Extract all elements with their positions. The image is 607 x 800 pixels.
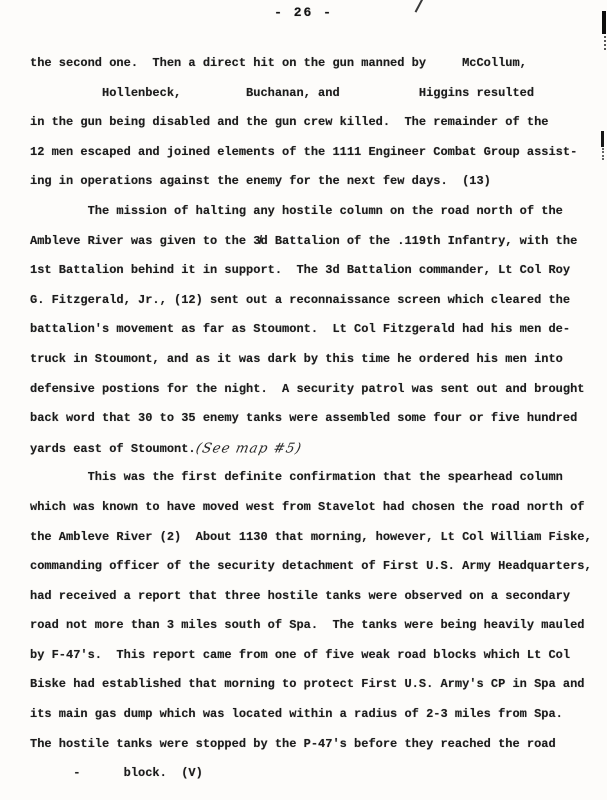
- handwritten-annotation: (See map #5): [192, 434, 304, 464]
- text-line: yards east of Stoumont.(See map #5): [30, 434, 597, 464]
- typed-text: had received a report that three hostile…: [30, 589, 570, 603]
- typed-text: by F-47's. This report came from one of …: [30, 648, 570, 662]
- typed-text: in the gun being disabled and the gun cr…: [30, 115, 548, 129]
- page-number: - 26 -: [0, 5, 607, 20]
- text-line: by F-47's. This report came from one of …: [30, 641, 597, 671]
- text-line: The mission of halting any hostile colum…: [30, 197, 597, 227]
- text-line: Hollenbeck, Buchanan, and Higgins result…: [30, 79, 597, 109]
- text-line: had received a report that three hostile…: [30, 582, 597, 612]
- typed-text: Hollenbeck, Buchanan, and Higgins result…: [30, 86, 534, 100]
- scan-artifact-edge-dots: [604, 36, 606, 50]
- text-line: The hostile tanks were stopped by the P-…: [30, 730, 597, 760]
- scan-artifact-edge-bar: [602, 11, 606, 34]
- typed-text: G. Fitzgerald, Jr., (12) sent out a reco…: [30, 293, 570, 307]
- text-line: the Ambleve River (2) About 1130 that mo…: [30, 523, 597, 553]
- text-line: truck in Stoumont, and as it was dark by…: [30, 345, 597, 375]
- text-line: 1st Battalion behind it in support. The …: [30, 256, 597, 286]
- document-body: the second one. Then a direct hit on the…: [30, 49, 597, 789]
- typed-text: The hostile tanks were stopped by the P-…: [30, 737, 556, 751]
- text-line: battalion's movement as far as Stoumont.…: [30, 315, 597, 345]
- typed-text: Biske had established that morning to pr…: [30, 677, 585, 691]
- typed-text: Ambleve River was given to the 3̸d Batta…: [30, 234, 577, 248]
- text-line: defensive postions for the night. A secu…: [30, 375, 597, 405]
- typed-text: truck in Stoumont, and as it was dark by…: [30, 352, 563, 366]
- text-line: the second one. Then a direct hit on the…: [30, 49, 597, 79]
- text-line: 12 men escaped and joined elements of th…: [30, 138, 597, 168]
- text-line: which was known to have moved west from …: [30, 493, 597, 523]
- typed-text: - block. (V): [30, 766, 203, 780]
- text-line: in the gun being disabled and the gun cr…: [30, 108, 597, 138]
- text-line: Ambleve River was given to the 3̸d Batta…: [30, 227, 597, 257]
- text-line: ing in operations against the enemy for …: [30, 167, 597, 197]
- typed-text: back word that 30 to 35 enemy tanks were…: [30, 411, 577, 425]
- typed-text: ing in operations against the enemy for …: [30, 174, 491, 188]
- scan-artifact-edge-bar: [601, 131, 604, 147]
- typed-text: which was known to have moved west from …: [30, 500, 585, 514]
- typed-text: This was the first definite confirmation…: [30, 470, 563, 484]
- text-line: road not more than 3 miles south of Spa.…: [30, 611, 597, 641]
- text-line: commanding officer of the security detac…: [30, 552, 597, 582]
- text-line: back word that 30 to 35 enemy tanks were…: [30, 404, 597, 434]
- text-line: its main gas dump which was located with…: [30, 700, 597, 730]
- typed-text: 1st Battalion behind it in support. The …: [30, 263, 570, 277]
- scan-artifact-edge-dots: [602, 148, 604, 160]
- typed-text: its main gas dump which was located with…: [30, 707, 563, 721]
- text-line: G. Fitzgerald, Jr., (12) sent out a reco…: [30, 286, 597, 316]
- text-line: Biske had established that morning to pr…: [30, 670, 597, 700]
- typed-text: road not more than 3 miles south of Spa.…: [30, 618, 585, 632]
- text-line: - block. (V): [30, 759, 597, 789]
- text-line: This was the first definite confirmation…: [30, 463, 597, 493]
- typed-text: the second one. Then a direct hit on the…: [30, 56, 527, 70]
- typed-text: 12 men escaped and joined elements of th…: [30, 145, 577, 159]
- typed-text: defensive postions for the night. A secu…: [30, 382, 585, 396]
- typed-text: The mission of halting any hostile colum…: [30, 204, 563, 218]
- typed-text: commanding officer of the security detac…: [30, 559, 592, 573]
- typed-text: yards east of Stoumont.: [30, 442, 196, 456]
- typed-text: battalion's movement as far as Stoumont.…: [30, 322, 570, 336]
- typed-text: the Ambleve River (2) About 1130 that mo…: [30, 530, 592, 544]
- document-page: - 26 - the second one. Then a direct hit…: [0, 0, 607, 800]
